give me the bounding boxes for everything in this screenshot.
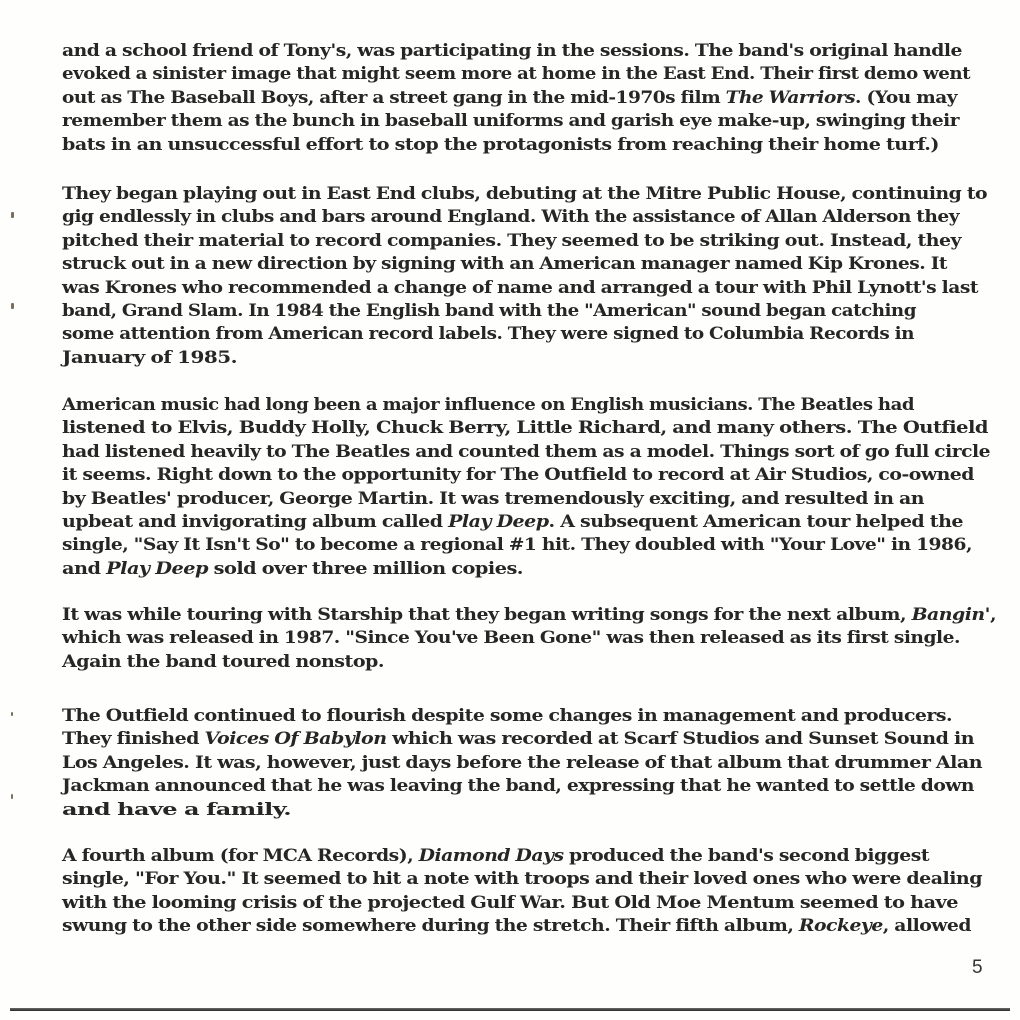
text-segment: with the looming crisis of the projected… [62, 893, 958, 913]
paragraph: They began playing out in East End clubs… [62, 183, 1002, 370]
text-line: upbeat and invigorating album called Pla… [62, 511, 1020, 534]
text-line: A fourth album (for MCA Records), Diamon… [62, 845, 1020, 868]
text-line: it seems. Right down to the opportunity … [62, 464, 1020, 487]
text-line: single, "Say It Isn't So" to become a re… [62, 534, 1020, 557]
text-line: gig endlessly in clubs and bars around E… [62, 206, 1020, 229]
text-line: and have a family. [62, 799, 1020, 822]
text-segment: had listened heavily to The Beatles and … [62, 442, 990, 462]
text-segment: pitched their material to record compani… [62, 231, 961, 251]
text-line: They began playing out in East End clubs… [62, 183, 1020, 206]
text-segment: They began playing out in East End clubs… [62, 184, 987, 204]
text-segment: it seems. Right down to the opportunity … [62, 465, 974, 485]
italic-title: Voices Of Babylon [205, 729, 387, 749]
text-line: had listened heavily to The Beatles and … [62, 441, 1020, 464]
text-segment: The Outfield continued to flourish despi… [62, 706, 952, 726]
text-line: band, Grand Slam. In 1984 the English ba… [62, 300, 1020, 323]
text-line: by Beatles' producer, George Martin. It … [62, 488, 1020, 511]
text-line: out as The Baseball Boys, after a street… [62, 87, 1020, 110]
text-segment: Jackman announced that he was leaving th… [62, 776, 974, 796]
text-segment: upbeat and invigorating album called [62, 512, 448, 532]
text-segment: by Beatles' producer, George Martin. It … [62, 489, 924, 509]
text-segment: was Krones who recommended a change of n… [62, 278, 978, 298]
text-line: listened to Elvis, Buddy Holly, Chuck Be… [62, 417, 1020, 440]
italic-title: Play Deep [448, 512, 548, 532]
paragraph: American music had long been a major inf… [62, 394, 1002, 581]
text-segment: , [990, 605, 996, 625]
text-segment: band, Grand Slam. In 1984 the English ba… [62, 301, 916, 321]
scan-speck [11, 794, 13, 799]
document-page: and a school friend of Tony's, was parti… [0, 0, 1020, 1020]
text-segment: A fourth album (for MCA Records), [62, 846, 419, 866]
text-segment: bats in an unsuccessful effort to stop t… [62, 135, 939, 155]
text-line: bats in an unsuccessful effort to stop t… [62, 134, 1020, 157]
page-number: 5 [972, 957, 983, 979]
text-segment: Los Angeles. It was, however, just days … [62, 753, 982, 773]
text-segment: sold over three million copies. [208, 559, 523, 579]
italic-title: The Warriors [726, 88, 855, 108]
italic-title: Diamond Days [419, 846, 564, 866]
text-line: January of 1985. [62, 347, 1020, 370]
text-line: The Outfield continued to flourish despi… [62, 705, 1020, 728]
text-segment: and have a family. [62, 800, 291, 820]
text-segment: . A subsequent American tour helped the [549, 512, 963, 532]
text-line: was Krones who recommended a change of n… [62, 277, 1020, 300]
text-segment: Again the band toured nonstop. [62, 652, 384, 672]
scan-speck [11, 212, 14, 218]
text-segment: remember them as the bunch in baseball u… [62, 111, 959, 131]
text-line: evoked a sinister image that might seem … [62, 63, 1020, 86]
scan-speck [11, 712, 13, 716]
text-line: and Play Deep sold over three million co… [62, 558, 1020, 581]
text-segment: out as The Baseball Boys, after a street… [62, 88, 726, 108]
text-segment: which was released in 1987. "Since You'v… [62, 628, 960, 648]
paragraph: The Outfield continued to flourish despi… [62, 705, 1002, 822]
text-line: They finished Voices Of Babylon which wa… [62, 728, 1020, 751]
text-segment: American music had long been a major inf… [62, 395, 914, 415]
text-line: which was released in 1987. "Since You'v… [62, 627, 1020, 650]
paragraph: and a school friend of Tony's, was parti… [62, 40, 1002, 157]
text-line: remember them as the bunch in baseball u… [62, 110, 1020, 133]
text-segment: single, "Say It Isn't So" to become a re… [62, 535, 972, 555]
text-line: It was while touring with Starship that … [62, 604, 1020, 627]
text-line: Los Angeles. It was, however, just days … [62, 752, 1020, 775]
text-segment: and [62, 559, 106, 579]
scan-speck [11, 303, 14, 309]
text-line: swung to the other side somewhere during… [62, 915, 1020, 938]
bottom-rule [10, 1008, 1010, 1011]
text-segment: gig endlessly in clubs and bars around E… [62, 207, 959, 227]
text-line: Jackman announced that he was leaving th… [62, 775, 1020, 798]
text-segment: listened to Elvis, Buddy Holly, Chuck Be… [62, 418, 988, 438]
text-line: Again the band toured nonstop. [62, 651, 1020, 674]
text-line: some attention from American record labe… [62, 323, 1020, 346]
text-line: single, "For You." It seemed to hit a no… [62, 868, 1020, 891]
text-segment: evoked a sinister image that might seem … [62, 64, 970, 84]
text-segment: It was while touring with Starship that … [62, 605, 912, 625]
text-line: American music had long been a major inf… [62, 394, 1020, 417]
text-line: with the looming crisis of the projected… [62, 892, 1020, 915]
text-segment: , allowed [883, 916, 971, 936]
text-segment: which was recorded at Scarf Studios and … [387, 729, 975, 749]
text-line: and a school friend of Tony's, was parti… [62, 40, 1020, 63]
text-segment: swung to the other side somewhere during… [62, 916, 799, 936]
text-line: struck out in a new direction by signing… [62, 253, 1020, 276]
text-segment: some attention from American record labe… [62, 324, 914, 344]
paragraph: A fourth album (for MCA Records), Diamon… [62, 845, 1002, 939]
text-segment: January of 1985. [62, 348, 237, 368]
paragraph: It was while touring with Starship that … [62, 604, 1002, 674]
text-segment: and a school friend of Tony's, was parti… [62, 41, 962, 61]
text-segment: produced the band's second biggest [564, 846, 929, 866]
text-segment: struck out in a new direction by signing… [62, 254, 947, 274]
text-segment: They finished [62, 729, 205, 749]
italic-title: Play Deep [106, 559, 208, 579]
text-segment: . (You may [855, 88, 957, 108]
italic-title: Bangin' [912, 605, 990, 625]
text-line: pitched their material to record compani… [62, 230, 1020, 253]
text-segment: single, "For You." It seemed to hit a no… [62, 869, 982, 889]
italic-title: Rockeye [799, 916, 883, 936]
